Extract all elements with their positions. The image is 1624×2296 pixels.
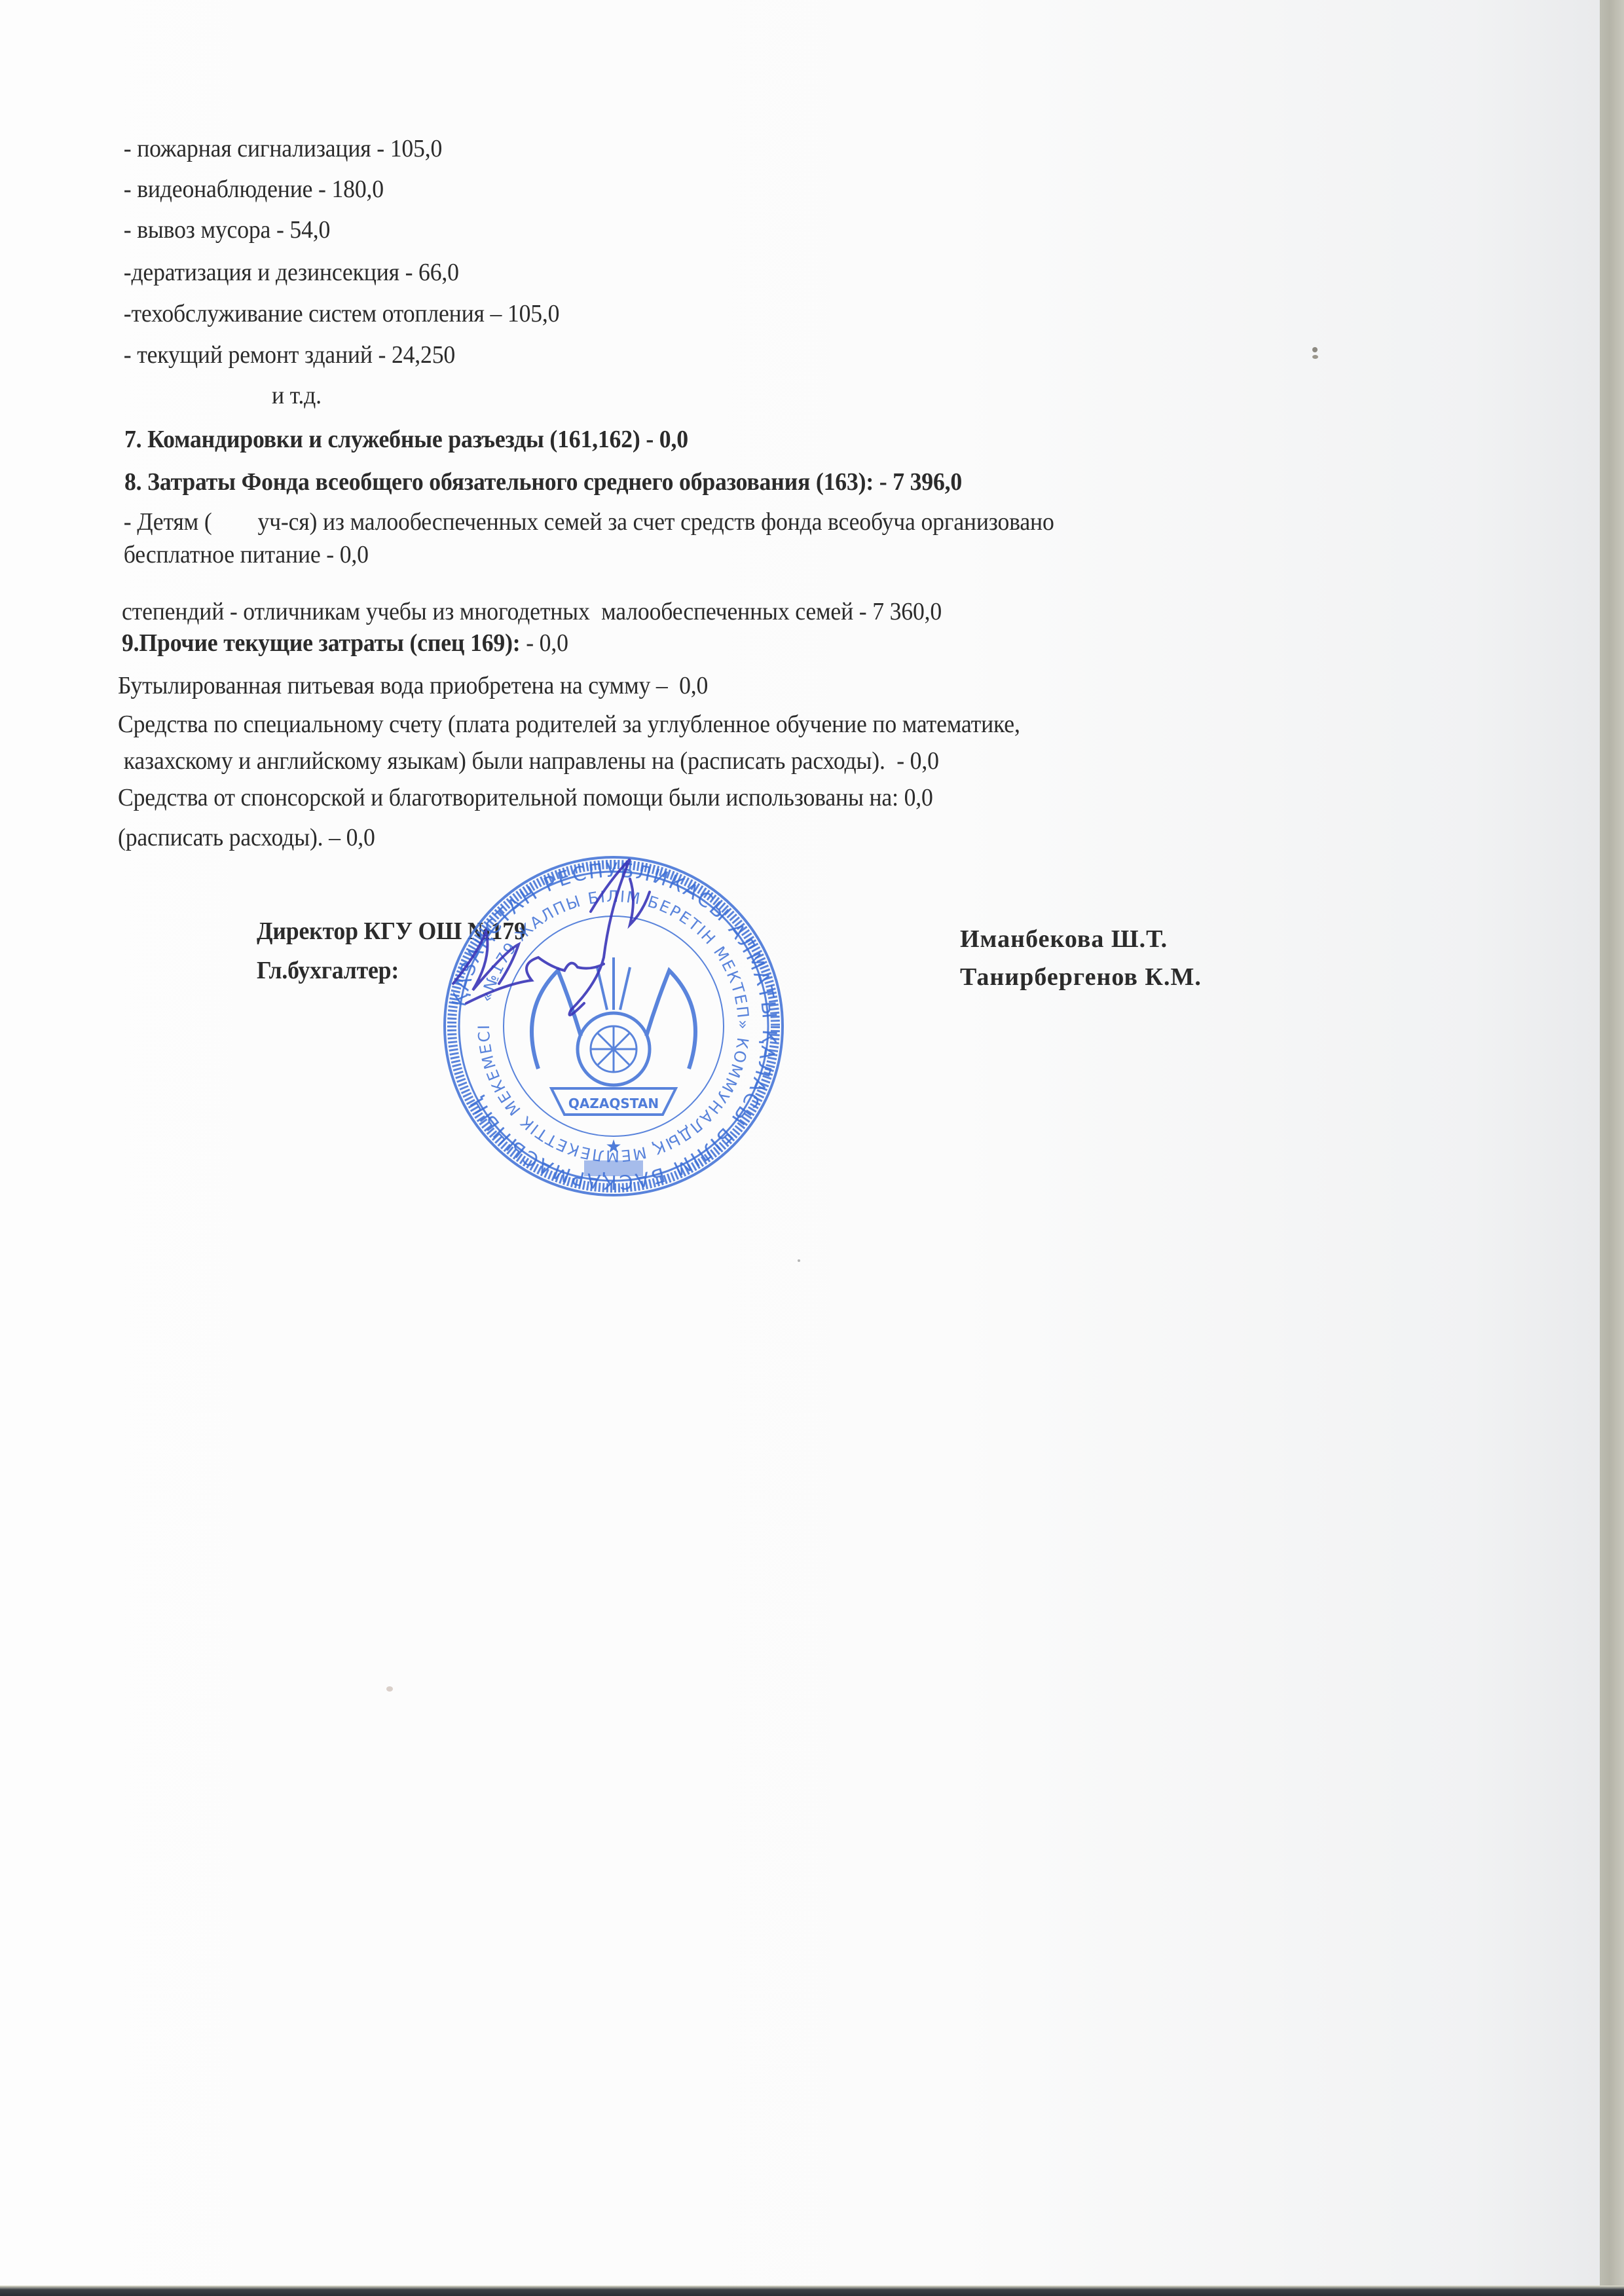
section-9-line-sponsorship-cont: (расписать расходы). – 0,0 <box>118 823 375 852</box>
scan-edge-bottom <box>0 2286 1624 2296</box>
director-name: Иманбекова Ш.Т. <box>960 925 1168 954</box>
scan-speck <box>1312 355 1318 359</box>
list-etc: и т.д. <box>272 381 322 410</box>
section-7-heading: 7. Командировки и служебные разъезды (16… <box>124 425 688 454</box>
scan-speck <box>1312 347 1318 352</box>
section-8-line-scholarships: степендий - отличникам учебы из многодет… <box>122 597 942 626</box>
list-item-video-surveillance: - видеонаблюдение - 180,0 <box>118 175 384 204</box>
official-stamp-icon: ҚАЗАҚСТАН РЕСПУБЛИКАСЫ АЛМАТЫ ҚАЛАСЫ БІЛ… <box>440 853 787 1200</box>
section-8-line-children: - Детям ( уч-ся) из малообеспеченных сем… <box>118 508 1054 536</box>
section-9-line-special-account-cont: казахскому и английскому языкам) были на… <box>118 747 939 775</box>
scan-edge-right <box>1600 0 1624 2296</box>
list-item-fire-alarm: - пожарная сигнализация - 105,0 <box>118 134 442 163</box>
section-9-line-sponsorship: Средства от спонсорской и благотворитель… <box>118 783 933 812</box>
scan-speck <box>386 1686 393 1692</box>
section-9-value: - 0,0 <box>520 629 568 657</box>
accountant-title: Гл.бухгалтер: <box>257 956 399 985</box>
list-item-garbage-removal: - вывоз мусора - 54,0 <box>118 215 330 244</box>
section-9-title: 9.Прочие текущие затраты (спец 169): <box>122 629 520 657</box>
section-8-heading: 8. Затраты Фонда всеобщего обязательного… <box>124 468 962 496</box>
section-9-heading: 9.Прочие текущие затраты (спец 169): - 0… <box>122 629 568 657</box>
svg-text:QAZAQSTAN: QAZAQSTAN <box>568 1096 659 1111</box>
list-item-heating-maintenance: -техобслуживание систем отопления – 105,… <box>118 299 559 328</box>
section-9-line-water: Бутылированная питьевая вода приобретена… <box>118 671 708 700</box>
list-item-pest-control: -дератизация и дезинсекция - 66,0 <box>118 258 459 287</box>
scan-speck <box>798 1259 800 1262</box>
section-8-line-free-meals: бесплатное питание - 0,0 <box>118 540 369 569</box>
svg-text:★: ★ <box>605 1136 621 1157</box>
list-item-building-repair: - текущий ремонт зданий - 24,250 <box>118 341 455 369</box>
accountant-name: Танирбергенов К.М. <box>960 963 1202 991</box>
section-9-line-special-account: Средства по специальному счету (плата ро… <box>118 710 1020 739</box>
